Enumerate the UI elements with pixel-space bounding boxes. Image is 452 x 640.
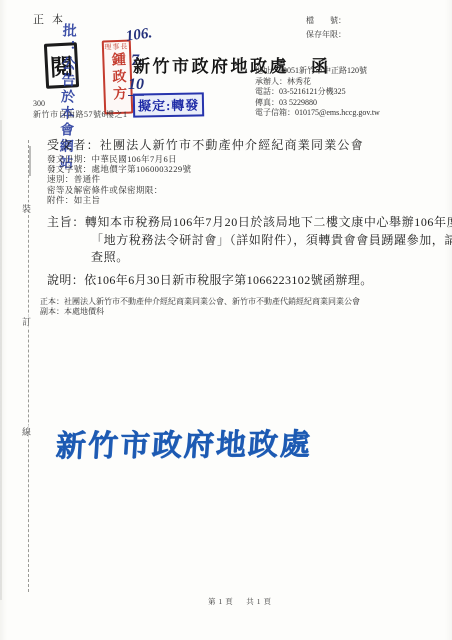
agency-name-large-blue-stamp: 新竹市政府地政處 (55, 419, 314, 465)
recipient-line: 受文者：社團法人新竹市不動產仲介經紀商業同業公會 (47, 136, 364, 153)
cc-label: 副本： (40, 307, 64, 316)
file-reference-labels: 檔 號： 保存年限： (306, 14, 346, 42)
description-section: 說明：依106年6月30日新市稅服字第1066223102號函辦理。 (47, 271, 419, 288)
binding-mark-zhuang: 裝 (22, 202, 31, 215)
action-decision-stamp: 擬定:轉發 (133, 92, 205, 117)
page-number-footer: 第1頁 共1頁 (208, 596, 274, 607)
priority-line: 速別：普通件 (47, 174, 191, 184)
subject-section: 主旨：轉知本市稅務局106年7月20日於該局地下二樓文康中心舉辦106年度「地方… (47, 214, 452, 267)
attachment-line: 附件：如主旨 (47, 195, 191, 205)
subject-text: 轉知本市稅務局106年7月20日於該局地下二樓文康中心舉辦106年度「地方稅務法… (85, 215, 452, 264)
copy-to-text: 社團法人新竹市不動產仲介經紀商業同業公會、新竹市不動產代銷經紀商業同業公會 (64, 297, 360, 306)
scan-smudge (0, 120, 2, 600)
binding-mark-xian: 線 (22, 425, 31, 438)
chop-name: 鍾政方 (110, 52, 126, 103)
agency-address: 地址：30051新竹市中正路120號 (255, 66, 380, 77)
document-number-line: 發文字號：處地價字第1060003229號 (47, 164, 191, 174)
agency-contact-person: 承辦人：林秀花 (255, 77, 380, 88)
description-text: 依106年6月30日新市稅服字第1066223102號函辦理。 (84, 273, 372, 287)
file-number-label: 檔 號： (306, 14, 346, 28)
subject-label: 主旨： (47, 215, 85, 229)
retention-period-label: 保存年限： (306, 28, 346, 42)
agency-contact-block: 地址：30051新竹市中正路120號 承辦人：林秀花 電話：03-5216121… (255, 66, 380, 119)
document-meta-block: 發文日期：中華民國106年7月6日 發文字號：處地價字第1060003229號 … (47, 154, 191, 205)
copy-to-label: 正本： (40, 297, 64, 306)
cc-text: 本處地價科 (64, 307, 104, 316)
scan-smudge (29, 146, 31, 176)
distribution-block: 正本：社團法人新竹市不動產仲介經紀商業同業公會、新竹市不動產代銷經紀商業同業公會… (40, 297, 432, 317)
original-copy-recipients: 正本：社團法人新竹市不動產仲介經紀商業同業公會、新竹市不動產代銷經紀商業同業公會 (40, 297, 432, 307)
binding-mark-ding: 訂 (22, 315, 31, 328)
agency-fax: 傳真：03 5229880 (255, 98, 380, 109)
issue-date-line: 發文日期：中華民國106年7月6日 (47, 154, 191, 164)
cc-recipients: 副本：本處地價科 (40, 307, 432, 317)
classification-line: 密等及解密條件或保密期限： (47, 185, 191, 195)
recipient-mailing-address: 新竹市自由路57號6樓之1 (33, 109, 128, 120)
description-label: 說明： (47, 273, 84, 287)
handwritten-date-year: 106. (125, 25, 153, 45)
agency-phone: 電話：03-5216121分機325 (255, 87, 380, 98)
agency-email: 電子信箱：010175@ems.hccg.gov.tw (255, 108, 380, 119)
scanned-official-letter: 正本 閱 批：公告於本會網站 理事長 鍾政方 106. 7. 10 擬定:轉發 … (0, 0, 452, 640)
recipient-zip-code: 300 (33, 99, 45, 108)
